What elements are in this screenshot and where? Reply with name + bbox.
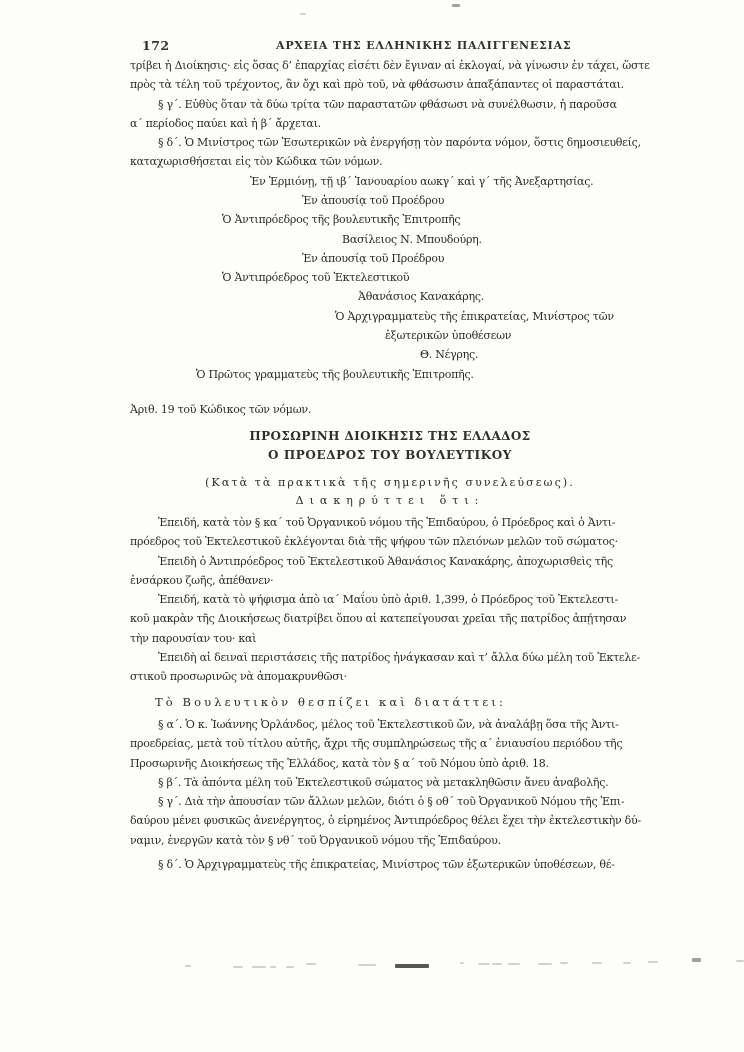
scanned-page: 172 ΑΡΧΕΙΑ ΤΗΣ ΕΛΛΗΝΙΚΗΣ ΠΑΛΙΓΓΕΝΕΣΙΑΣ τ… xyxy=(0,0,744,1052)
show-through-mark xyxy=(648,961,658,963)
decree-subheading: (Κατὰ τὰ πρακτικὰ τῆς σημερινῆς συνελεύσ… xyxy=(130,476,650,489)
body-line: κοῦ μακρὰν τῆς Διοικήσεως διατρίβει ὅπου… xyxy=(130,609,650,628)
show-through-mark xyxy=(286,966,294,968)
show-through-mark xyxy=(478,963,490,965)
decree-heading-1: ΠΡΟΣΩΡΙΝΗ ΔΙΟΙΚΗΣΙΣ ΤΗΣ ΕΛΛΑΔΟΣ xyxy=(130,429,650,443)
decree-articles: § α΄. Ὁ κ. Ἰωάννης Ὀρλάνδος, μέλος τοῦ Ἐ… xyxy=(130,715,650,874)
page-header: 172 ΑΡΧΕΙΑ ΤΗΣ ΕΛΛΗΝΙΚΗΣ ΠΑΛΙΓΓΕΝΕΣΙΑΣ xyxy=(130,38,650,56)
signature-line: Ἐν ἀπουσίᾳ τοῦ Προέδρου xyxy=(130,191,650,210)
signature-name: Ἀθανάσιος Κανακάρης. xyxy=(130,287,650,306)
running-title: ΑΡΧΕΙΑ ΤΗΣ ΕΛΛΗΝΙΚΗΣ ΠΑΛΙΓΓΕΝΕΣΙΑΣ xyxy=(276,39,572,52)
show-through-mark xyxy=(623,962,631,964)
body-line: Ἐπειδὴ αἱ δειναὶ περιστάσεις τῆς πατρίδο… xyxy=(130,648,650,667)
signature-line: ἐξωτερικῶν ὑποθέσεων xyxy=(130,326,650,345)
body-line: § δ΄. Ὁ Μινίστρος τῶν Ἐσωτερικῶν νὰ ἐνερ… xyxy=(130,133,650,152)
signature-line: Ὁ Ἀρχιγραμματεὺς τῆς ἐπικρατείας, Μινίστ… xyxy=(130,307,650,326)
body-line: δαύρου μένει φυσικῶς ἀνενέργητος, ὁ εἰρη… xyxy=(130,811,650,830)
show-through-mark xyxy=(185,965,191,967)
signature-line: Ὁ Ἀντιπρόεδρος τοῦ Ἐκτελεστικοῦ xyxy=(130,268,650,287)
body-line: προεδρείας, μετὰ τοῦ τίτλου αὐτῆς, ἄχρι … xyxy=(130,734,650,753)
body-line: Ἐπειδή, κατὰ τὸν § κα΄ τοῦ Ὀργανικοῦ νόμ… xyxy=(130,513,650,532)
signature-name: Βασίλειος Ν. Μπουδούρη. xyxy=(130,230,650,249)
enacting-formula: Τὸ Βουλευτικὸν θεσπίζει καὶ διατάττει: xyxy=(130,695,675,709)
show-through-mark xyxy=(492,963,502,965)
body-line: § α΄. Ὁ κ. Ἰωάννης Ὀρλάνδος, μέλος τοῦ Ἐ… xyxy=(130,715,650,734)
signature-name: Θ. Νέγρης. xyxy=(130,345,650,364)
body-line: πρόεδρος τοῦ Ἐκτελεστικοῦ ἐκλέγονται διὰ… xyxy=(130,532,650,551)
whereas-clauses: Ἐπειδή, κατὰ τὸν § κα΄ τοῦ Ὀργανικοῦ νόμ… xyxy=(130,513,650,687)
show-through-mark xyxy=(508,963,520,965)
body-line: § β΄. Τὰ ἀπόντα μέλη τοῦ Ἐκτελεστικοῦ σώ… xyxy=(130,773,650,792)
body-line: § γ΄. Διὰ τὴν ἀπουσίαν τῶν ἄλλων μελῶν, … xyxy=(130,792,650,811)
page-number: 172 xyxy=(142,38,170,53)
show-through-mark xyxy=(252,966,266,968)
body-line: § γ΄. Εὐθὺς ὅταν τὰ δύω τρίτα τῶν παραστ… xyxy=(130,95,650,114)
show-through-mark xyxy=(395,964,429,968)
dateline: Ἐν Ἑρμιόνῃ, τῇ ιβ΄ Ἰανουαρίου αωκγ΄ καὶ … xyxy=(130,172,650,191)
show-through-mark xyxy=(592,962,602,964)
signature-line: Ἐν ἀπουσίᾳ τοῦ Προέδρου xyxy=(130,249,650,268)
body-line: § δ΄. Ὁ Ἀρχιγραμματεὺς τῆς ἐπικρατείας, … xyxy=(130,855,650,874)
show-through-mark xyxy=(538,963,552,965)
signature-block: Ἐν ἀπουσίᾳ τοῦ Προέδρου Ὁ Ἀντιπρόεδρος τ… xyxy=(130,191,650,384)
signature-line: Ὁ Ἀντιπρόεδρος τῆς βουλευτικῆς Ἐπιτροπῆς xyxy=(130,210,650,229)
body-line: καταχωρισθήσεται εἰς τὸν Κώδικα τῶν νόμω… xyxy=(130,152,650,171)
body-line: στικοῦ προσωρινῶς νὰ ἀπομακρυνθῶσι· xyxy=(130,667,650,686)
show-through-mark xyxy=(736,960,744,962)
show-through-mark xyxy=(306,963,316,965)
code-reference: Ἀριθ. 19 τοῦ Κώδικος τῶν νόμων. xyxy=(130,400,650,419)
decree-proclamation: Διακηρύττει ὅτι: xyxy=(130,494,650,507)
show-through-mark xyxy=(692,958,701,962)
show-through-mark xyxy=(270,966,276,968)
body-line: Ἐπειδή, κατὰ τὸ ψήφισμα ἀπὸ ια΄ Μαΐου ὑπ… xyxy=(130,590,650,609)
signature-line: Ὁ Πρῶτος γραμματεὺς τῆς βουλευτικῆς Ἐπιτ… xyxy=(130,365,650,384)
body-line: Προσωρινῆς Διοικήσεως τῆς Ἑλλάδος, κατὰ … xyxy=(130,754,650,773)
body-line: τρίβει ἡ Διοίκησις· εἰς ὅσας δ’ ἐπαρχίας… xyxy=(130,56,650,75)
decree-heading-2: Ο ΠΡΟΕΔΡΟΣ ΤΟΥ ΒΟΥΛΕΥΤΙΚΟΥ xyxy=(130,448,650,462)
body-line: πρὸς τὰ τέλη τοῦ τρέχοντος, ἂν ὄχι καὶ π… xyxy=(130,75,650,94)
show-through-mark xyxy=(452,4,460,7)
show-through-mark xyxy=(233,966,243,968)
body-line: τὴν παρουσίαν του· καὶ xyxy=(130,629,650,648)
body-line: α΄ περίοδος παύει καὶ ἡ β΄ ἄρχεται. xyxy=(130,114,650,133)
show-through-mark xyxy=(460,962,464,964)
show-through-mark xyxy=(300,13,306,15)
show-through-mark xyxy=(358,964,376,966)
body-line: ναμιν, ἐνεργῶν κατὰ τὸν § νθ΄ τοῦ Ὀργανι… xyxy=(130,831,650,850)
law-end-paragraphs: τρίβει ἡ Διοίκησις· εἰς ὅσας δ’ ἐπαρχίας… xyxy=(130,56,650,172)
show-through-mark xyxy=(560,962,568,964)
body-line: Ἐπειδὴ ὁ Ἀντιπρόεδρος τοῦ Ἐκτελεστικοῦ Ἀ… xyxy=(130,552,650,571)
code-reference-block: Ἀριθ. 19 τοῦ Κώδικος τῶν νόμων. xyxy=(130,400,650,419)
dateline-block: Ἐν Ἑρμιόνῃ, τῇ ιβ΄ Ἰανουαρίου αωκγ΄ καὶ … xyxy=(130,172,650,191)
body-line: ἐνσάρκου ζωῆς, ἀπέθανεν· xyxy=(130,571,650,590)
